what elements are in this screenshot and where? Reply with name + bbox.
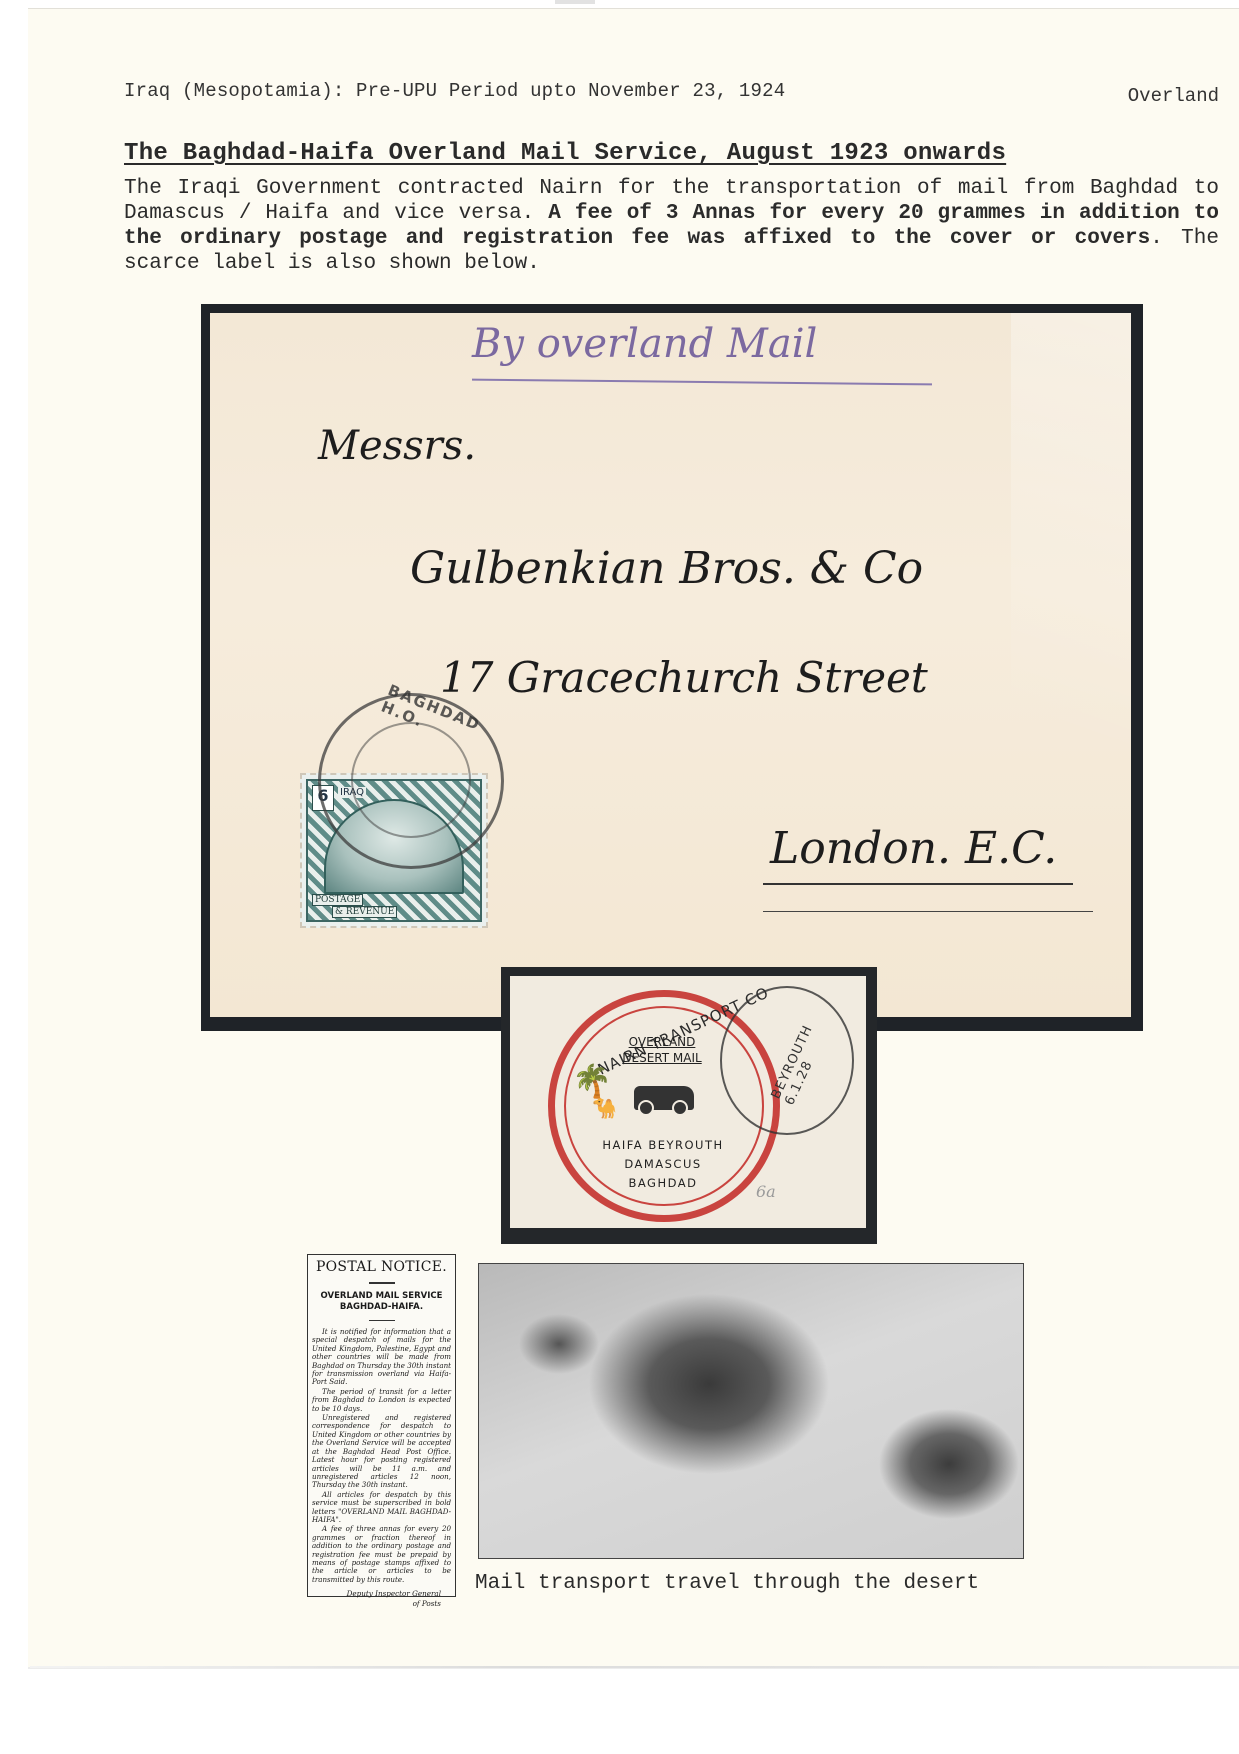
beyrouth-postmark-text: BEYROUTH 6.1.28	[769, 1006, 838, 1107]
label-service-line-1: OVERLAND	[592, 1034, 732, 1050]
address-line-3: London. E.C.	[770, 823, 1057, 874]
page-title: The Baghdad-Haifa Overland Mail Service,…	[124, 140, 1006, 167]
notice-subtitle: OVERLAND MAIL SERVICE BAGHDAD-HAIFA.	[308, 1291, 455, 1313]
notice-paragraph: All articles for despatch by this servic…	[312, 1491, 451, 1525]
car-icon	[634, 1086, 694, 1110]
address-line-1: Gulbenkian Bros. & Co	[410, 543, 923, 594]
label-service: OVERLAND DESERT MAIL	[592, 1034, 732, 1066]
notice-signature-line-2: of Posts	[308, 1599, 441, 1609]
notice-paragraph: A fee of three annas for every 20 gramme…	[312, 1525, 451, 1584]
label-cities-line-3: BAGHDAD	[558, 1174, 768, 1193]
stamp-label-postage: POSTAGE	[312, 894, 363, 906]
label-cities-line-2: DAMASCUS	[558, 1155, 768, 1174]
label-service-line-2: DESERT MAIL	[592, 1050, 732, 1066]
notice-divider-2	[369, 1320, 395, 1322]
notice-subtitle-line-1: OVERLAND MAIL SERVICE	[308, 1291, 455, 1302]
address-underline-2	[763, 911, 1093, 912]
pencil-note: 6a	[756, 1182, 776, 1201]
photo-caption: Mail transport travel through the desert	[475, 1572, 979, 1595]
notice-paragraph: Unregistered and registered corresponden…	[312, 1414, 451, 1490]
stamp-label-revenue: & REVENUE	[332, 906, 397, 918]
notice-signature: Deputy Inspector General of Posts	[308, 1589, 455, 1609]
camel-icon: 🐪	[592, 1096, 617, 1122]
notice-divider	[369, 1282, 395, 1284]
scan-mark	[555, 0, 595, 4]
postal-notice-clipping: POSTAL NOTICE. OVERLAND MAIL SERVICE BAG…	[307, 1254, 456, 1597]
desert-convoy-photo	[478, 1263, 1024, 1559]
cover-mount: By overland Mail Messrs. Gulbenkian Bros…	[201, 304, 1143, 1031]
label-cities: HAIFA BEYROUTH DAMASCUS BAGHDAD	[558, 1136, 768, 1193]
address-salutation: Messrs.	[318, 423, 476, 469]
notice-paragraph: The period of transit for a letter from …	[312, 1388, 451, 1413]
notice-paragraph: It is notified for information that a sp…	[312, 1328, 451, 1387]
endorsement-underline	[472, 379, 932, 386]
envelope-cover: By overland Mail Messrs. Gulbenkian Bros…	[210, 313, 1131, 1017]
address-underline	[763, 883, 1073, 885]
notice-title: POSTAL NOTICE.	[308, 1259, 455, 1275]
notice-body: It is notified for information that a sp…	[308, 1328, 455, 1584]
description-paragraph: The Iraqi Government contracted Nairn fo…	[124, 176, 1219, 276]
page-edge	[30, 1666, 1239, 1668]
page-header-right: Overland	[1128, 85, 1219, 107]
label-mount: NAIRN TRANSPORT CO OVERLAND DESERT MAIL …	[501, 967, 877, 1244]
address-line-2: 17 Gracechurch Street	[440, 653, 928, 702]
baghdad-postmark: BAGHDAD H.O.	[318, 693, 504, 869]
endorsement-handwriting: By overland Mail	[472, 321, 817, 367]
notice-signature-line-1: Deputy Inspector General	[308, 1589, 441, 1599]
label-cities-line-1: HAIFA BEYROUTH	[558, 1136, 768, 1155]
beyrouth-postmark: BEYROUTH 6.1.28	[720, 986, 854, 1135]
notice-subtitle-line-2: BAGHDAD-HAIFA.	[308, 1302, 455, 1313]
page-header-left: Iraq (Mesopotamia): Pre-UPU Period upto …	[124, 80, 785, 102]
nairn-label: NAIRN TRANSPORT CO OVERLAND DESERT MAIL …	[510, 976, 866, 1228]
